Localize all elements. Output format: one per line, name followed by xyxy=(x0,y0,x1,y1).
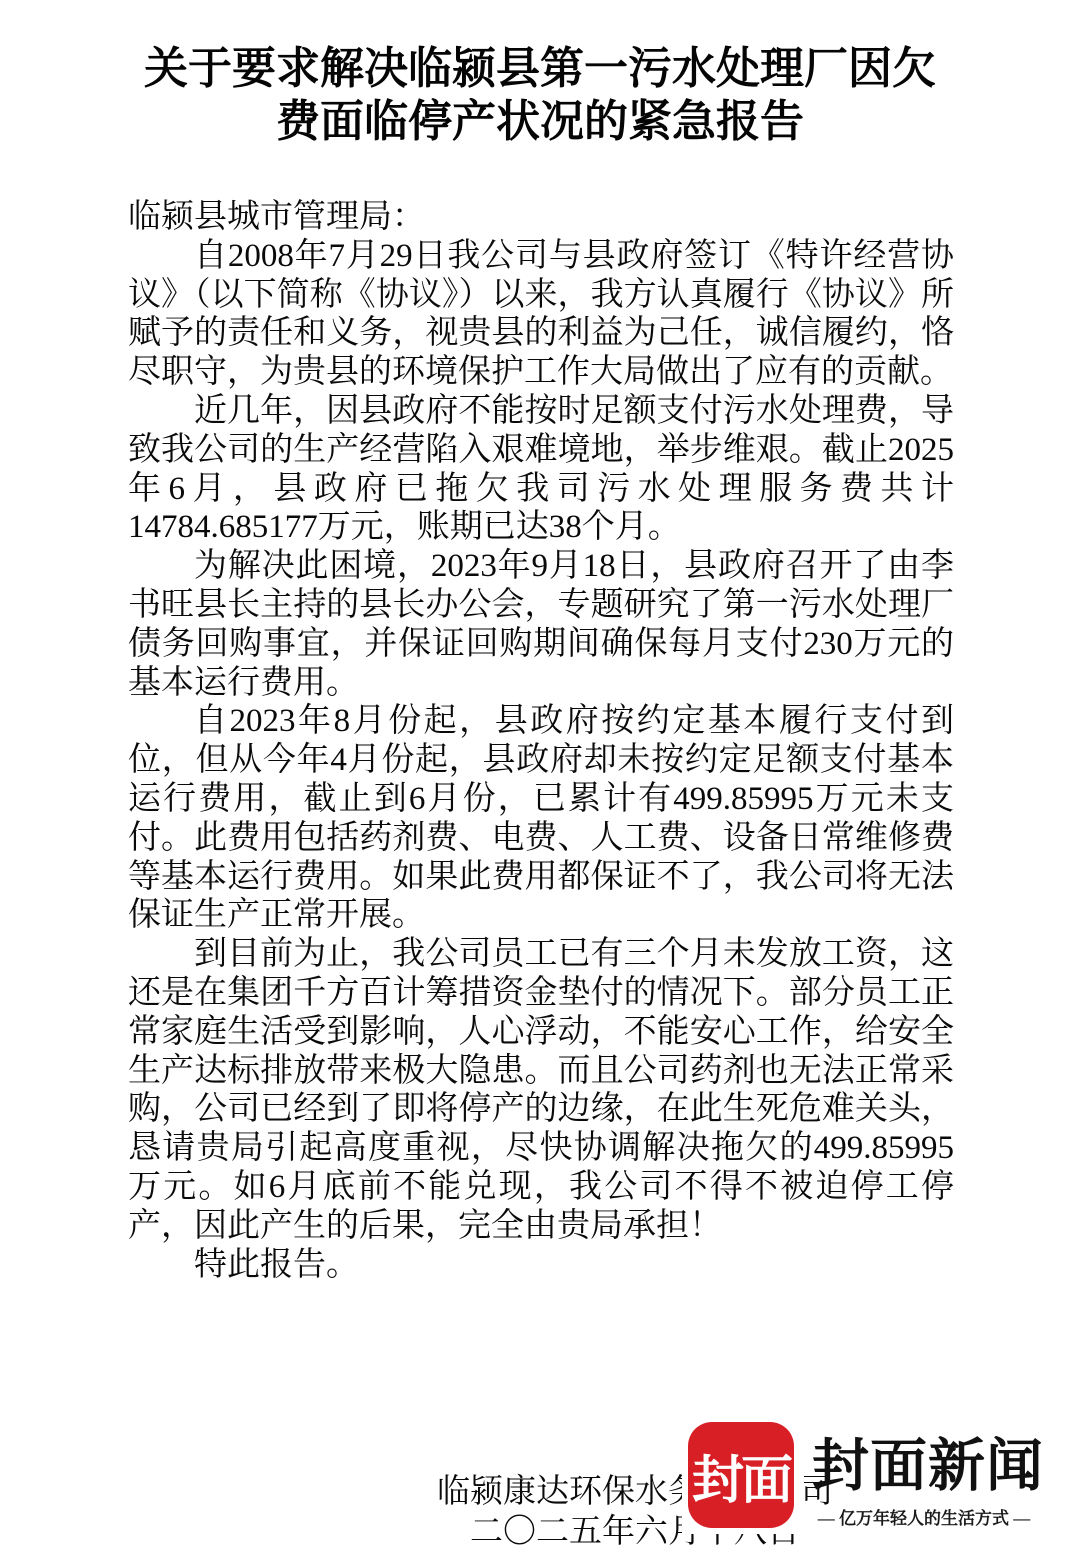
paragraph: 到目前为止，我公司员工已有三个月未发放工资，这还是在集团千方百计筹措资金垫付的情… xyxy=(128,935,954,1245)
covernews-tagline: — 亿万年轻人的生活方式 — xyxy=(808,1504,1040,1529)
covernews-icon-text: 封面 xyxy=(692,1438,790,1513)
document-body: 临颍县城市管理局： 自2008年7月29日我公司与县政府签订《特许经营协议》（以… xyxy=(0,198,1080,1284)
covernews-app-icon: 封面 xyxy=(688,1422,794,1528)
salutation: 临颍县城市管理局： xyxy=(128,198,954,237)
document-title-line2: 费面临停产状况的紧急报告 xyxy=(0,95,1080,148)
closing-line: 特此报告。 xyxy=(128,1246,954,1285)
paragraph: 自2023年8月份起，县政府按约定基本履行支付到位，但从今年4月份起，县政府却未… xyxy=(128,702,954,935)
covernews-brand-name: 封面新闻 xyxy=(812,1436,1044,1498)
paragraph: 近几年，因县政府不能按时足额支付污水处理费，导致我公司的生产经营陷入艰难境地，举… xyxy=(128,392,954,547)
paragraph: 为解决此困境，2023年9月18日，县政府召开了由李书旺县长主持的县长办公会，专… xyxy=(128,547,954,702)
document-title: 关于要求解决临颍县第一污水处理厂因欠 费面临停产状况的紧急报告 xyxy=(0,0,1080,148)
document-page: { "doc": { "title_line1": "关于要求解决临颍县第一污水… xyxy=(0,0,1080,1566)
paragraph: 自2008年7月29日我公司与县政府签订《特许经营协议》（以下简称《协议》）以来… xyxy=(128,237,954,392)
covernews-watermark: 封面 xyxy=(682,1414,804,1534)
document-title-line1: 关于要求解决临颍县第一污水处理厂因欠 xyxy=(0,42,1080,95)
